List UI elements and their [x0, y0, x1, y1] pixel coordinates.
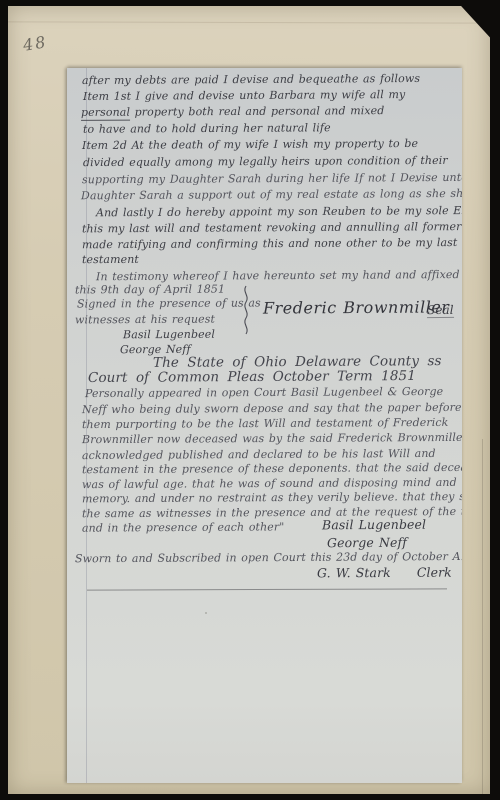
will-line: this 9th day of April 1851	[75, 283, 225, 297]
will-line: personal property both real and personal…	[81, 104, 384, 119]
will-line-rest: property both real and personal and mixe…	[130, 104, 384, 119]
probate-line: them purporting to be the last Will and …	[82, 416, 448, 431]
probate-line: Personally appeared in open Court Basil …	[85, 385, 443, 400]
probate-line: acknowledged published and declared to b…	[82, 447, 436, 462]
probate-court-heading: Court of Common Pleas October Term 1851	[88, 368, 416, 386]
page-number: 48	[22, 32, 49, 55]
probate-line: Brownmiller now deceased was by the said…	[82, 431, 462, 446]
will-document-sheet: after my debts are paid I devise and beq…	[67, 68, 462, 783]
will-line: divided equally among my legally heirs u…	[83, 154, 448, 169]
testator-signature: Frederic Brownmiller	[263, 297, 450, 317]
probate-witness-signature: George Neff	[327, 535, 407, 550]
ink-speck	[415, 180, 417, 182]
probate-witness-signature: Basil Lugenbeel	[322, 517, 426, 533]
probate-line: was of lawful age. that he was of sound …	[82, 476, 457, 491]
will-line: after my debts are paid I devise and beq…	[82, 72, 420, 87]
probate-line: testament in the presence of these depon…	[82, 461, 462, 476]
witness-signature: Basil Lugenbeel	[123, 328, 215, 342]
will-line: testament	[82, 253, 139, 266]
underlined-word: personal	[81, 106, 130, 121]
attestation-line: witnesses at his request	[75, 313, 215, 327]
page-edge-line	[482, 439, 483, 794]
will-line: made ratifying and confirming this and n…	[82, 236, 462, 252]
will-line: supporting my Daughter Sarah during her …	[82, 171, 462, 186]
probate-line: Neff who being duly sworn depose and say…	[82, 401, 462, 416]
will-line: Item 2d At the death of my wife I wish m…	[82, 137, 418, 152]
will-line: In testimony whereof I have hereunto set…	[96, 268, 462, 284]
attestation-line: Signed in the presence of us as	[77, 296, 261, 310]
scribe-flourish	[239, 284, 253, 338]
ink-speck	[205, 612, 207, 614]
scanned-record-page: 48 after my debts are paid I devise and …	[0, 0, 500, 800]
page-edge-line	[8, 21, 490, 23]
will-line: this my last will and testament revoking…	[82, 220, 462, 236]
will-line: to have and to hold during her natural l…	[83, 121, 331, 136]
will-line: Item 1st I give and devise unto Barbara …	[83, 88, 405, 103]
clerk-title: Clerk	[417, 565, 452, 580]
will-line: And lastly I do hereby appoint my son Re…	[96, 204, 462, 220]
will-line: Daughter Sarah a support out of my real …	[81, 187, 462, 203]
closing-rule-line	[87, 588, 447, 590]
clerk-signature: G. W. Stark	[317, 565, 391, 580]
probate-line: memory. and under no restraint as they v…	[82, 490, 462, 506]
sworn-line: Sworn to and Subscribed in open Court th…	[75, 550, 462, 566]
clerk-signature-line: G. W. StarkClerk	[317, 565, 452, 581]
probate-line: and in the presence of each other"	[82, 520, 284, 534]
seal-label: Seal	[427, 303, 454, 318]
